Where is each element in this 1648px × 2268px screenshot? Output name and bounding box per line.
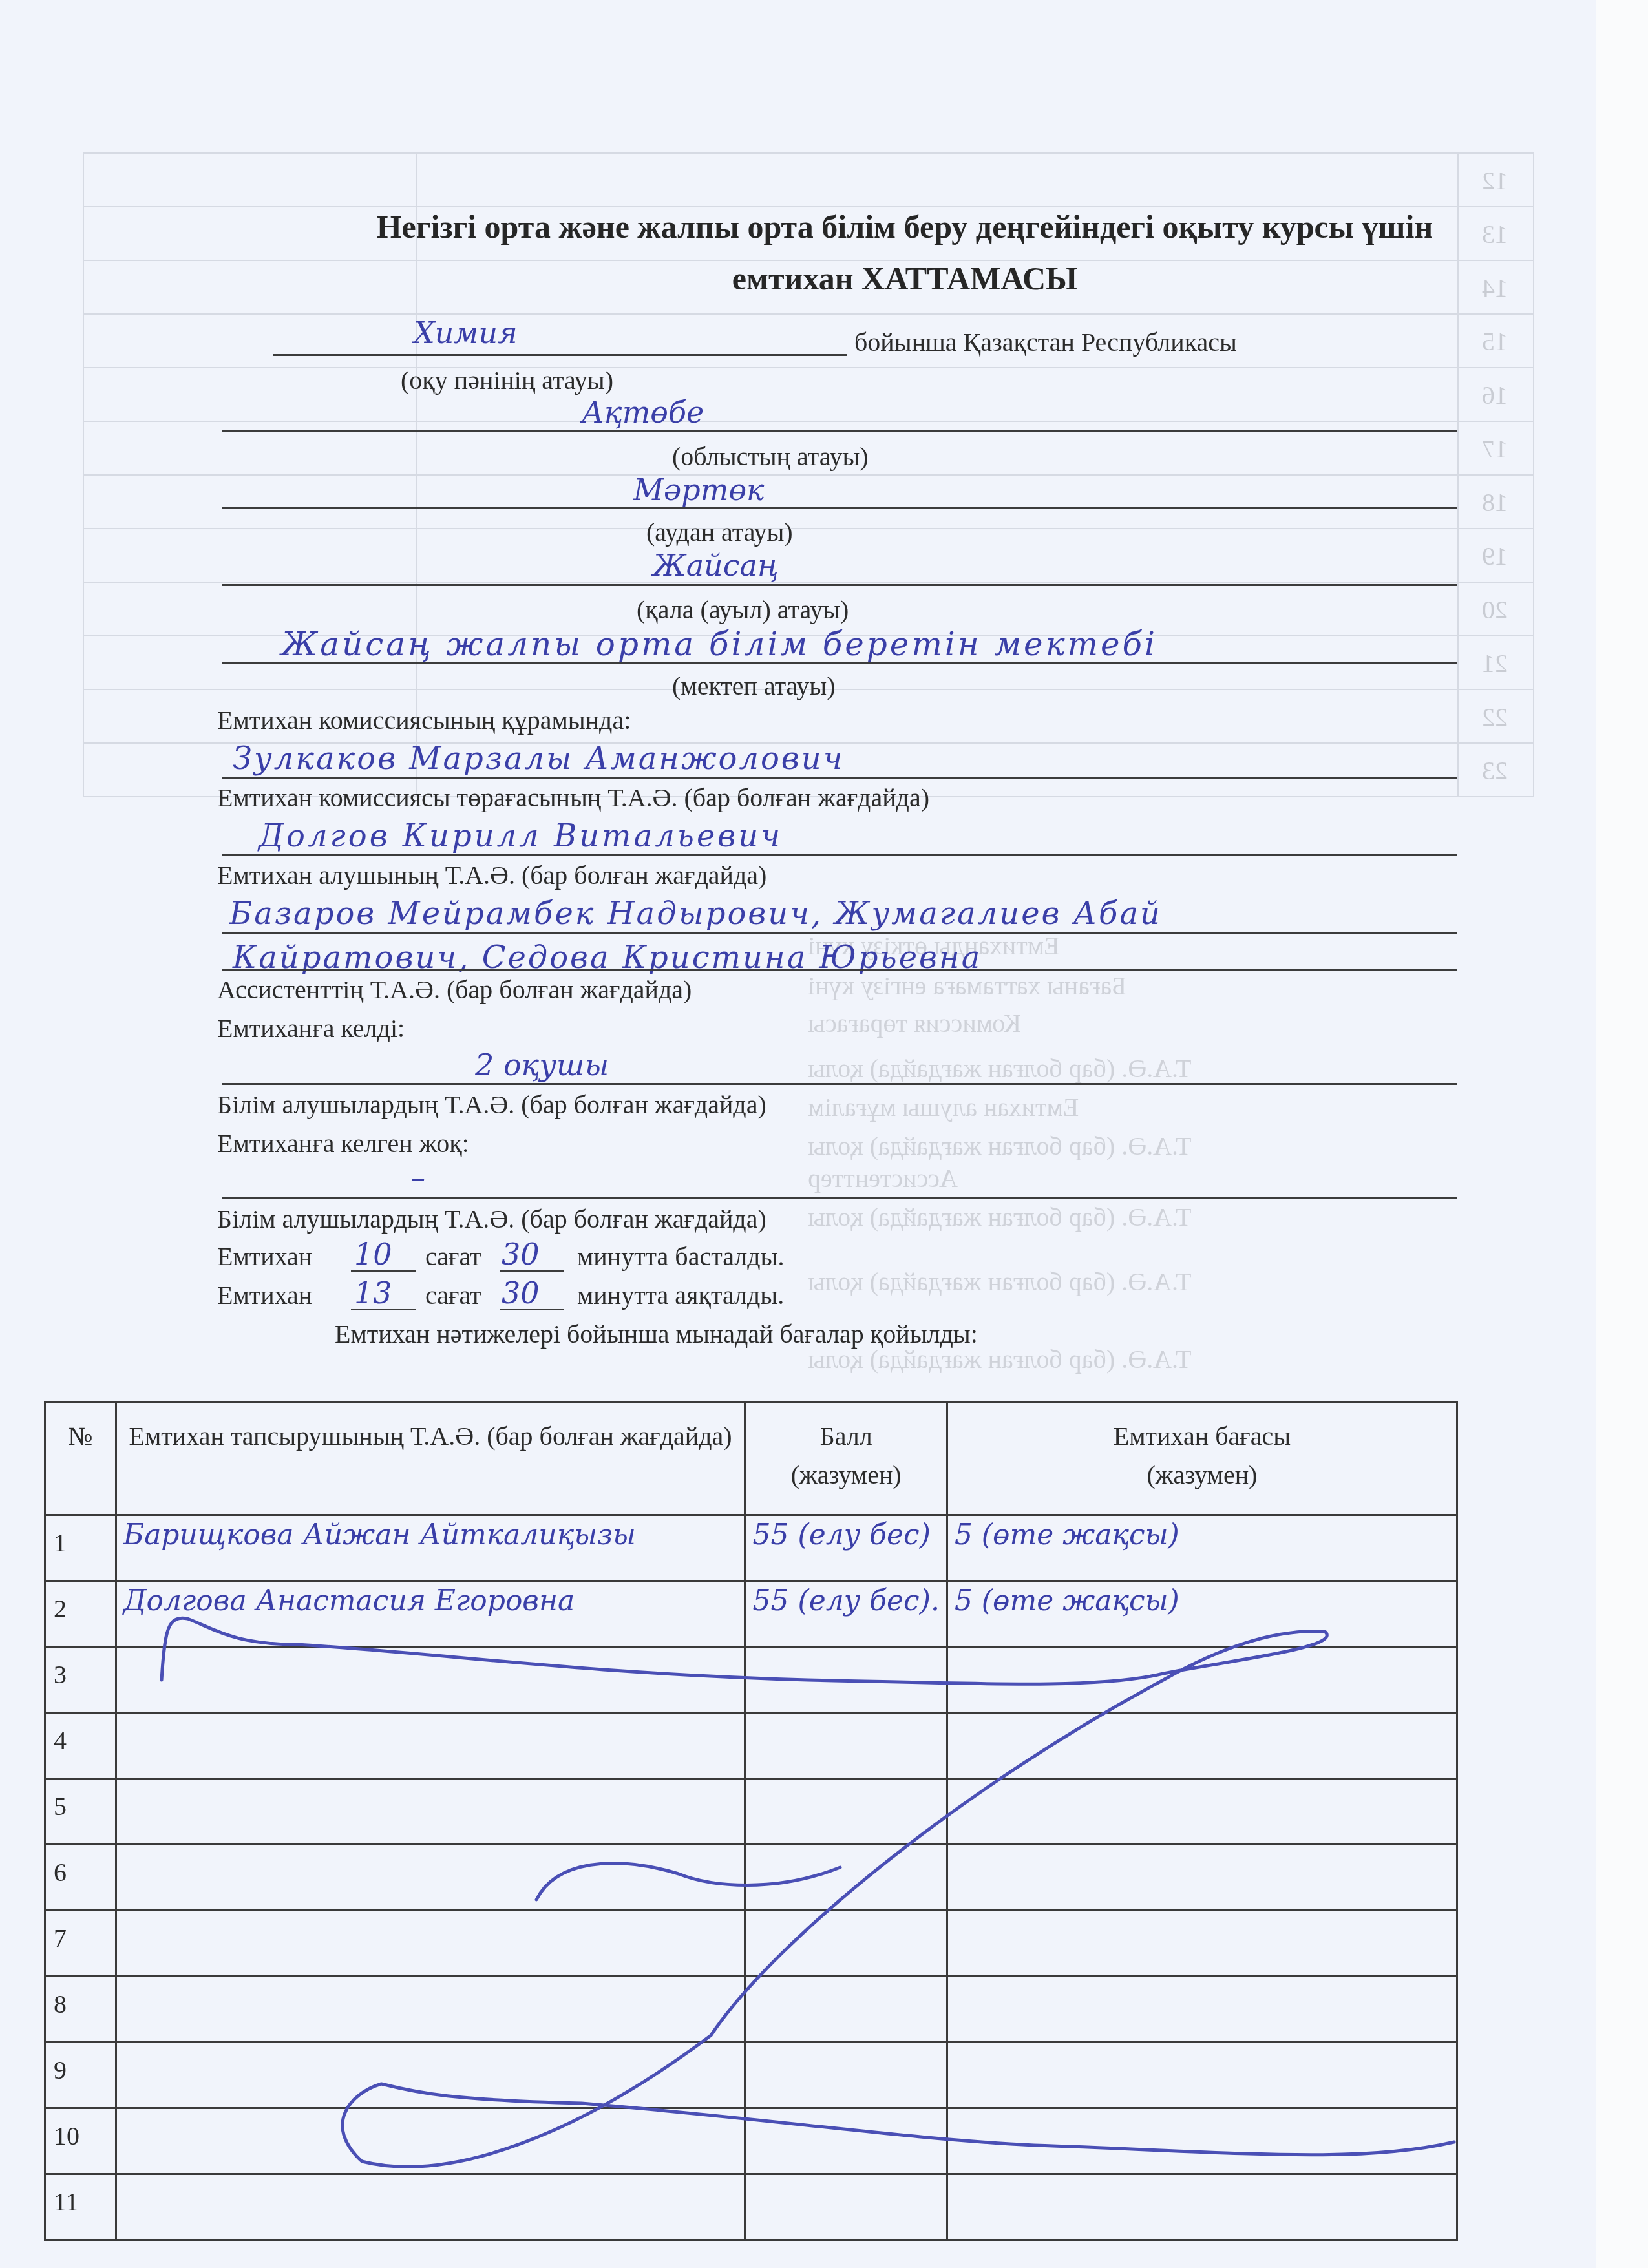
ghost-column-line (416, 152, 417, 796)
grade-value-cell (947, 1647, 1457, 1713)
grade-value-cell: 5 (өте жақсы) (947, 1581, 1457, 1647)
mirrored-back-text: Емтихан алушы мұғалім (808, 1092, 1079, 1122)
examiners-underline2 (222, 969, 1457, 971)
ghost-row-line (83, 206, 1534, 207)
end-minute-underline (500, 1309, 564, 1310)
table-row: 4 (45, 1713, 1457, 1779)
chair-name: Долгов Кирилл Витальевич (259, 821, 783, 852)
ghost-row-number: 22 (1469, 702, 1521, 732)
students-label: Білім алушылардың Т.А.Ә. (бар болған жағ… (217, 1092, 766, 1118)
student-name: Долгова Анастасия Егоровна (123, 1587, 575, 1615)
grade-value-cell (947, 2108, 1457, 2174)
table-row: 3 (45, 1647, 1457, 1713)
score-value-cell: 55 (елу бес). (745, 1581, 947, 1647)
region-underline (222, 430, 1457, 432)
absent-underline (222, 1197, 1457, 1199)
score-value-cell (745, 1977, 947, 2042)
end-exam-word: Емтихан (217, 1283, 312, 1308)
student-name-cell (116, 1977, 745, 2042)
ghost-row-number: 23 (1469, 755, 1521, 786)
assistant-label: Ассистенттің Т.А.Ә. (бар болған жағдайда… (217, 977, 692, 1003)
grade-value-cell (947, 1845, 1457, 1911)
students-label-2: Білім алушылардың Т.А.Ә. (бар болған жағ… (217, 1206, 766, 1232)
table-row: 5 (45, 1779, 1457, 1845)
start-exam-word: Емтихан (217, 1244, 312, 1270)
score-value-cell: 55 (елу бес) (745, 1515, 947, 1581)
grade-value-cell (947, 1977, 1457, 2042)
ghost-row-line (83, 582, 1534, 583)
school-caption: (мектеп атауы) (672, 671, 836, 701)
ghost-row-number: 21 (1469, 648, 1521, 678)
district-value: Мәртөк (633, 475, 765, 505)
results-table: № Емтихан тапсырушының Т.А.Ә. (бар болға… (44, 1401, 1458, 2241)
score-value-cell (745, 1647, 947, 1713)
subject-suffix: бойынша Қазақстан Республикасы (854, 330, 1237, 355)
grade-value: 5 (өте жақсы) (955, 1521, 1179, 1549)
table-row: 1Барищкова Айжан Айткалиқызы55 (елу бес)… (45, 1515, 1457, 1581)
ghost-row-line (83, 528, 1534, 529)
student-name-cell (116, 2174, 745, 2240)
grade-value-cell (947, 1779, 1457, 1845)
table-row: 2Долгова Анастасия Егоровна55 (елу бес).… (45, 1581, 1457, 1647)
header-score: Балл (жазумен) (745, 1402, 947, 1515)
score-value-cell (745, 2174, 947, 2240)
end-hour-underline (351, 1309, 416, 1310)
region-value: Ақтөбе (582, 397, 704, 427)
end-minute: 30 (502, 1278, 540, 1308)
start-hour: 10 (354, 1239, 392, 1269)
row-number-cell: 7 (45, 1911, 116, 1977)
chair-underline (222, 854, 1457, 856)
document-title-line2: емтихан ХАТТАМАСЫ (0, 260, 1596, 297)
student-name-cell: Долгова Анастасия Егоровна (116, 1581, 745, 1647)
ghost-row-number: 12 (1469, 165, 1521, 196)
grade-value-cell (947, 1911, 1457, 1977)
results-intro: Емтихан нәтижелері бойынша мынадай бағал… (335, 1321, 978, 1347)
ghost-column-line (1533, 152, 1534, 796)
ghost-row-number: 20 (1469, 594, 1521, 625)
absent-value: – (410, 1163, 425, 1193)
town-value: Жайсаң (653, 551, 779, 580)
row-number-cell: 10 (45, 2108, 116, 2174)
mirrored-back-text: Т.А.Ә. (бар болған жағдайда) қолы (808, 1266, 1191, 1297)
end-hour-word: сағат (425, 1283, 481, 1308)
absent-label: Емтиханға келген жоқ: (217, 1131, 469, 1157)
score-value-cell (745, 1911, 947, 1977)
grade-value: 5 (өте жақсы) (955, 1587, 1179, 1615)
came-value: 2 оқушы (475, 1050, 609, 1080)
row-number-cell: 11 (45, 2174, 116, 2240)
subject-caption: (оқу пәнінің атауы) (401, 365, 613, 395)
mirrored-back-text: Т.А.Ә. (бар болған жағдайда) қолы (808, 1202, 1191, 1232)
school-underline (222, 662, 1457, 664)
score-value-cell (745, 1713, 947, 1779)
ghost-row-number: 19 (1469, 541, 1521, 571)
mirrored-back-text: Ассистенттер (808, 1163, 958, 1193)
ghost-row-line (83, 421, 1534, 422)
student-name-cell (116, 1647, 745, 1713)
commission-member: Зулкаков Марзалы Аманжолович (233, 743, 845, 774)
score-value-cell (745, 1845, 947, 1911)
score-value: 55 (елу бес) (752, 1521, 930, 1549)
mirrored-back-text: Т.А.Ә. (бар болған жағдайда) қолы (808, 1344, 1191, 1374)
ghost-row-line (83, 474, 1534, 476)
ghost-row-number: 15 (1469, 326, 1521, 357)
table-row: 6 (45, 1845, 1457, 1911)
ghost-column-line (1457, 152, 1459, 796)
ghost-row-number: 16 (1469, 380, 1521, 410)
commission-member-underline (222, 777, 1457, 779)
ghost-row-line (83, 313, 1534, 315)
subject-underline (273, 354, 847, 356)
ghost-row-line (83, 152, 1534, 154)
start-hour-underline (351, 1270, 416, 1272)
ghost-row-line (83, 367, 1534, 368)
scan-margin (1596, 0, 1648, 2268)
student-name-cell (116, 2108, 745, 2174)
grade-value-cell: 5 (өте жақсы) (947, 1515, 1457, 1581)
district-underline (222, 507, 1457, 509)
start-minute-underline (500, 1270, 564, 1272)
grade-value-cell (947, 2174, 1457, 2240)
table-row: 10 (45, 2108, 1457, 2174)
school-value: Жайсаң жалпы орта білім беретін мектебі (281, 628, 1157, 660)
row-number-cell: 2 (45, 1581, 116, 1647)
town-caption: (қала (ауыл) атауы) (637, 594, 849, 625)
row-number-cell: 5 (45, 1779, 116, 1845)
came-label: Емтиханға келді: (217, 1016, 405, 1042)
table-row: 8 (45, 1977, 1457, 2042)
student-name-cell: Барищкова Айжан Айткалиқызы (116, 1515, 745, 1581)
score-value-cell (745, 2042, 947, 2108)
header-grade: Емтихан бағасы (жазумен) (947, 1402, 1457, 1515)
ghost-row-number: 17 (1469, 434, 1521, 464)
commission-label: Емтихан комиссиясының құрамында: (217, 708, 631, 733)
row-number-cell: 8 (45, 1977, 116, 2042)
header-name: Емтихан тапсырушының Т.А.Ә. (бар болған … (116, 1402, 745, 1515)
score-value: 55 (елу бес). (752, 1587, 939, 1615)
end-suffix: минутта аяқталды. (577, 1283, 784, 1308)
start-minute: 30 (502, 1239, 540, 1269)
examiners-line1: Базаров Мейрамбек Надырович, Жумагалиев … (229, 898, 1162, 929)
score-value-cell (745, 2108, 947, 2174)
score-value-cell (745, 1779, 947, 1845)
table-header-row: № Емтихан тапсырушының Т.А.Ә. (бар болға… (45, 1402, 1457, 1515)
table-row: 11 (45, 2174, 1457, 2240)
student-name-cell (116, 2042, 745, 2108)
grade-value-cell (947, 1713, 1457, 1779)
student-name-cell (116, 1713, 745, 1779)
table-row: 7 (45, 1911, 1457, 1977)
chair-label: Емтихан комиссиясы төрағасының Т.А.Ә. (б… (217, 785, 929, 811)
row-number-cell: 9 (45, 2042, 116, 2108)
examiners-line2: Кайратович, Седова Кристина Юрьевна (233, 942, 982, 973)
table-row: 9 (45, 2042, 1457, 2108)
mirrored-back-text: Т.А.Ә. (бар болған жағдайда) қолы (808, 1053, 1191, 1084)
town-underline (222, 584, 1457, 586)
ghost-row-number: 18 (1469, 487, 1521, 518)
student-name-cell (116, 1779, 745, 1845)
row-number-cell: 3 (45, 1647, 116, 1713)
came-underline (222, 1083, 1457, 1085)
mirrored-back-text: Т.А.Ә. (бар болған жағдайда) қолы (808, 1131, 1191, 1161)
district-caption: (аудан атауы) (646, 517, 793, 547)
row-number-cell: 4 (45, 1713, 116, 1779)
subject-value: Химия (414, 318, 518, 348)
end-hour: 13 (354, 1278, 392, 1308)
row-number-cell: 6 (45, 1845, 116, 1911)
row-number-cell: 1 (45, 1515, 116, 1581)
examiners-underline1 (222, 932, 1457, 934)
mirrored-back-text: Комиссия төрағасы (808, 1008, 1021, 1038)
examiner-label: Емтихан алушының Т.А.Ә. (бар болған жағд… (217, 863, 766, 888)
grade-value-cell (947, 2042, 1457, 2108)
student-name-cell (116, 1911, 745, 1977)
header-number: № (45, 1402, 116, 1515)
start-suffix: минутта басталды. (577, 1244, 784, 1270)
region-caption: (облыстың атауы) (672, 441, 869, 472)
ghost-column-line (83, 152, 84, 796)
student-name: Барищкова Айжан Айткалиқызы (123, 1521, 636, 1549)
student-name-cell (116, 1845, 745, 1911)
start-hour-word: сағат (425, 1244, 481, 1270)
document-title-line1: Негізгі орта және жалпы орта білім беру … (0, 208, 1596, 246)
